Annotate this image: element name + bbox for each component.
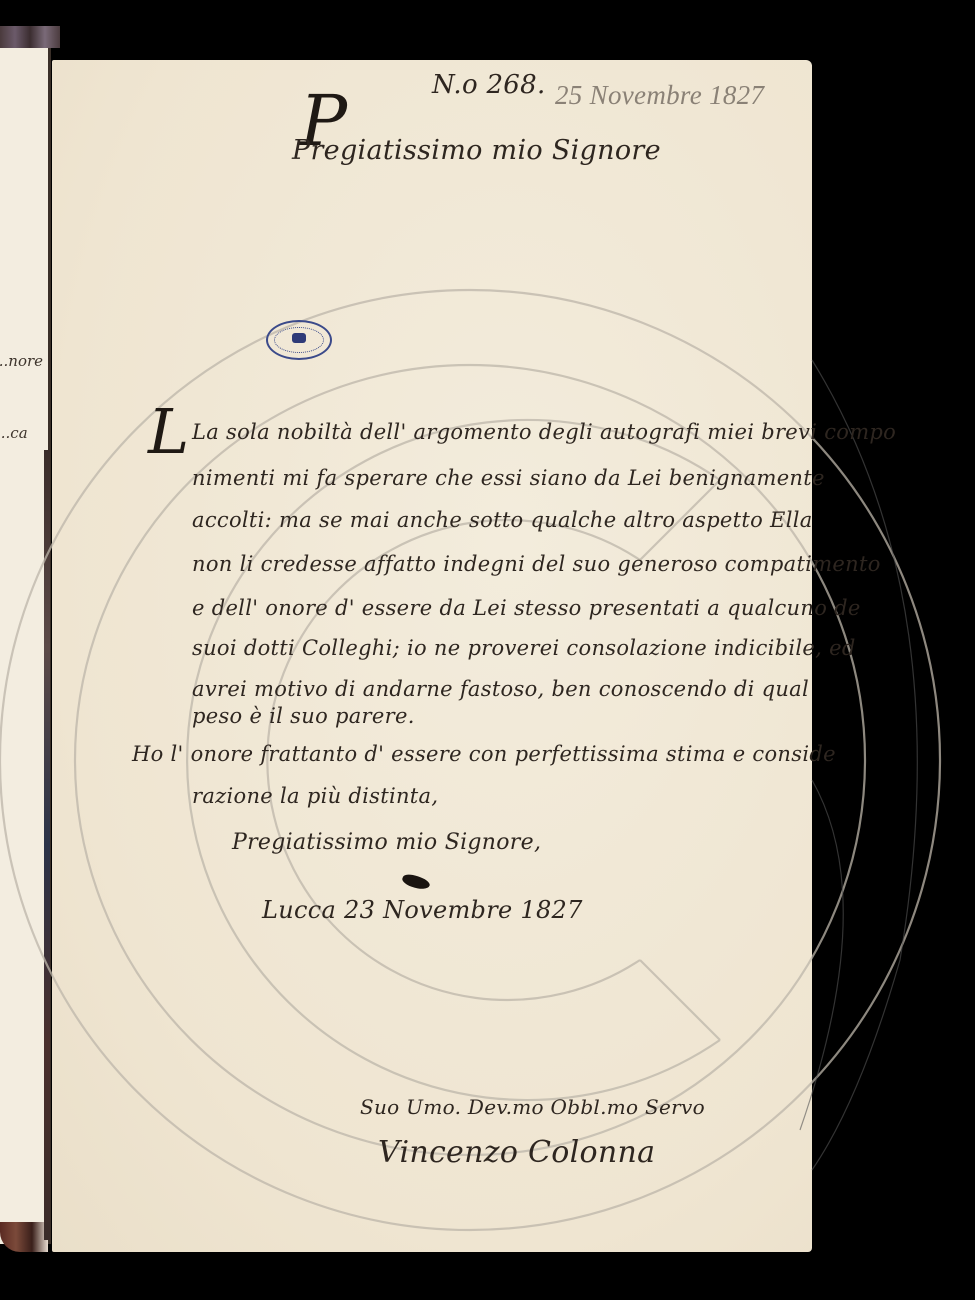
signature: Vincenzo Colonna — [378, 1135, 655, 1170]
body-line: Ho l' onore frattanto d' essere con perf… — [132, 742, 836, 766]
decorative-initial-l: L — [148, 395, 189, 468]
body-line: nimenti mi fa sperare che essi siano da … — [192, 466, 825, 490]
body-line: accolti: ma se mai anche sotto qualche a… — [192, 508, 813, 532]
left-page-text-fragment: ...nore — [0, 352, 43, 370]
marbled-edge-bottom — [0, 1222, 48, 1252]
left-page-text-fragment: ...ca — [0, 424, 28, 442]
pencil-date-annotation: 25 Novembre 1827 — [555, 80, 764, 111]
archive-number: N.o 268. — [432, 70, 546, 100]
body-line: avrei motivo di andarne fastoso, ben con… — [192, 677, 809, 701]
body-line: La sola nobiltà dell' argomento degli au… — [192, 420, 896, 444]
body-line: peso è il suo parere. — [192, 704, 415, 728]
marbled-edge-top — [0, 26, 60, 48]
body-line: razione la più distinta, — [192, 784, 438, 808]
body-line: suoi dotti Colleghi; io ne proverei cons… — [192, 636, 856, 660]
valediction: Suo Umo. Dev.mo Obbl.mo Servo — [360, 1095, 705, 1119]
body-line: non li credesse affatto indegni del suo … — [192, 552, 881, 576]
library-stamp-icon — [266, 320, 332, 360]
salutation: Pregiatissimo mio Signore — [292, 135, 661, 166]
closing-salutation: Pregiatissimo mio Signore, — [232, 830, 541, 855]
place-and-date: Lucca 23 Novembre 1827 — [262, 896, 583, 924]
book-spine — [44, 450, 50, 1240]
body-line: e dell' onore d' essere da Lei stesso pr… — [192, 596, 861, 620]
